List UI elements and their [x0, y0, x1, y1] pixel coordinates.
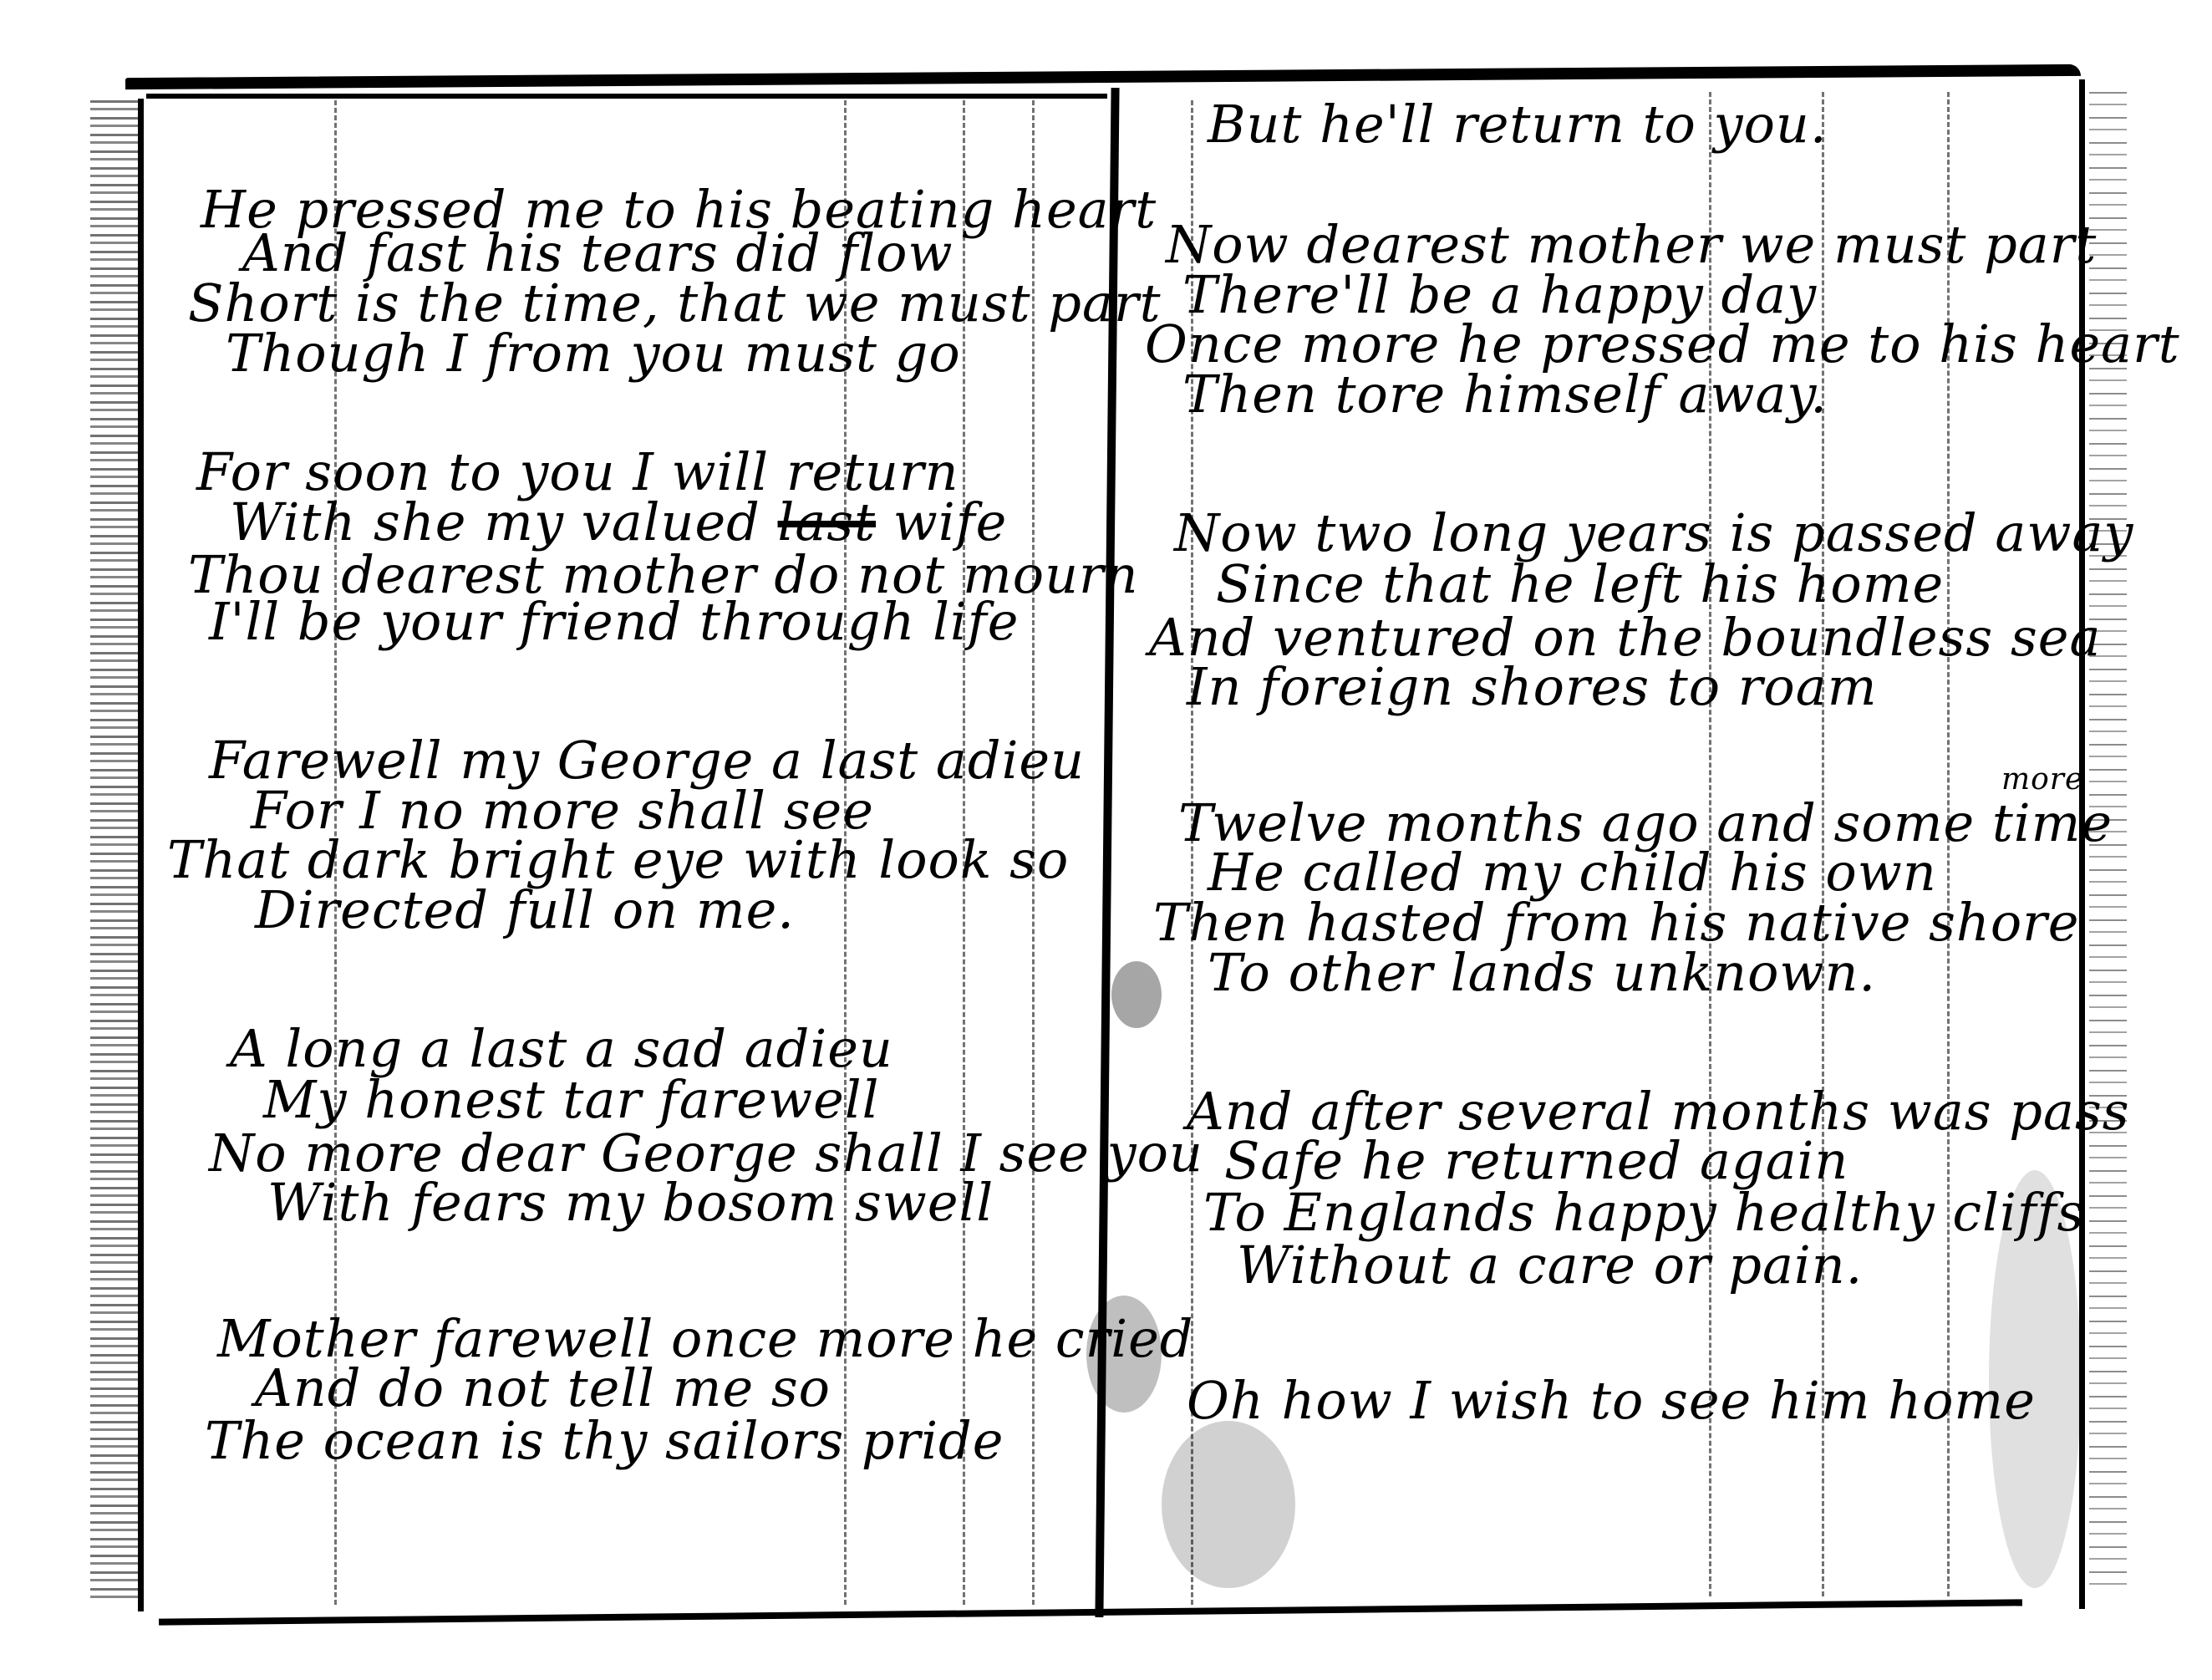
verse-line: And fast his tears did flow [242, 227, 953, 279]
ink-blot [1086, 1296, 1162, 1413]
ink-blot [1989, 1170, 2081, 1588]
verse-line: Then tore himself away. [1182, 369, 1828, 420]
top-edge-inner [146, 94, 1107, 99]
verse-line: To other lands unknown. [1208, 947, 1876, 999]
verse-line: Oh how I wish to see him home [1187, 1375, 2036, 1427]
verse-line: My honest tar farewell [263, 1074, 879, 1126]
verse-line: Now dearest mother we must part [1166, 219, 2097, 271]
verse-line: With she my valued last wife [230, 496, 1007, 548]
verse-line: He called my child his own [1208, 847, 1937, 899]
verse-line: In foreign shores to roam [1187, 661, 1878, 713]
bottom-edge [159, 1599, 2022, 1625]
verse-line: But he'll return to you. [1208, 99, 1828, 150]
verse-line: Since that he left his home [1216, 558, 1944, 610]
notebook-spread: He pressed me to his beating heart And f… [0, 0, 2212, 1680]
inserted-word: more [2001, 765, 2083, 795]
verse-line: Farewell my George a last adieu [209, 735, 1085, 787]
ink-blot [1162, 1421, 1295, 1588]
verse-line: The ocean is thy sailors pride [205, 1415, 1004, 1467]
verse-line: Though I from you must go [226, 328, 961, 379]
top-edge [125, 64, 2081, 89]
verse-line: And do not tell me so [255, 1362, 831, 1414]
left-worn-edge [90, 100, 140, 1605]
verse-line: With fears my bosom swell [267, 1177, 994, 1229]
verse-line: For soon to you I will return [196, 446, 959, 498]
verse-line: I'll be your friend through life [209, 596, 1019, 648]
verse-line: That dark bright eye with look so [167, 834, 1069, 886]
verse-line: Now two long years is passed away [1174, 507, 2133, 559]
verse-line: A long a last a sad adieu [230, 1023, 893, 1075]
verse-line: Short is the time, that we must part [188, 277, 1162, 329]
verse-line: Safe he returned again [1224, 1135, 1848, 1187]
verse-line: Directed full on me. [255, 884, 795, 936]
verse-line: Once more he pressed me to his heart [1145, 318, 2180, 370]
left-page-edge [138, 99, 144, 1611]
verse-line: To Englands happy healthy cliffs [1203, 1187, 2085, 1239]
ink-blot [1111, 961, 1162, 1028]
verse-line: Then hasted from his native shore [1153, 897, 2080, 949]
verse-line: Without a care or pain. [1237, 1240, 1863, 1291]
